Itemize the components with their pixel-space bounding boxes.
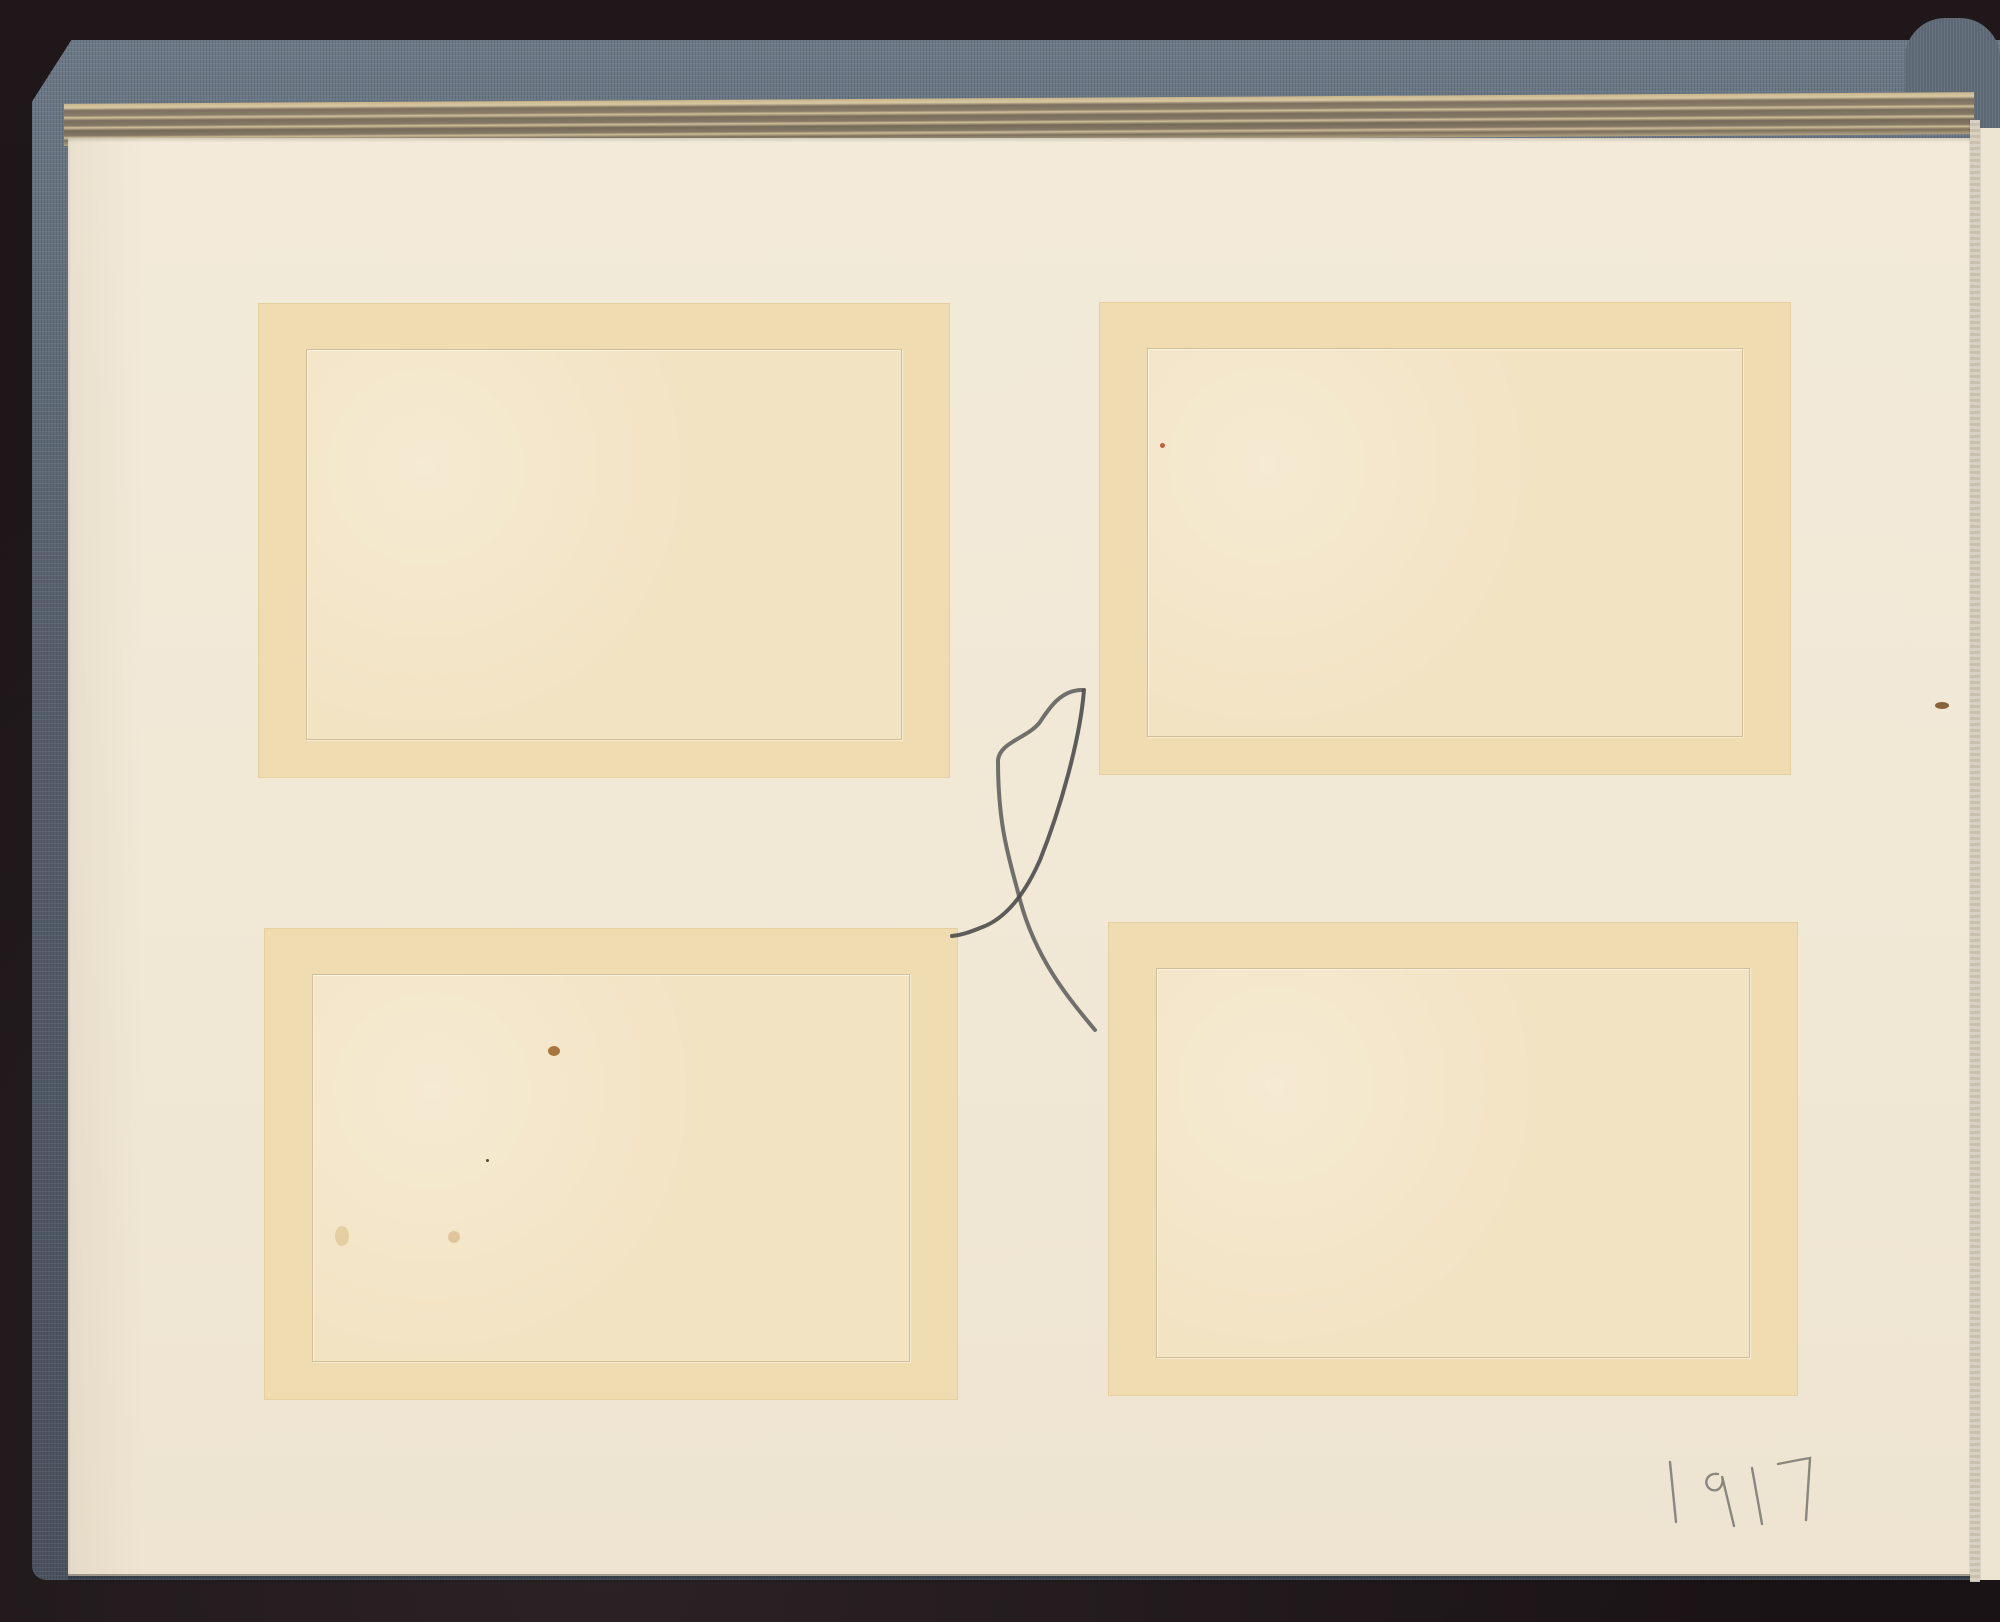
foxing-speck (1935, 702, 1949, 709)
photo-mount-top-right (1099, 302, 1791, 775)
empty-photo-window (306, 349, 902, 740)
foxing-speck (486, 1159, 489, 1162)
handwritten-year-1917 (1660, 1450, 1840, 1540)
empty-photo-window (312, 974, 910, 1362)
photo-mount-top-left (258, 303, 950, 778)
foxing-speck (548, 1046, 560, 1056)
page-bottom-shadow (68, 1574, 1974, 1584)
pencil-cross-mark (940, 660, 1100, 1020)
foxing-speck (335, 1226, 349, 1246)
empty-photo-window (1156, 968, 1750, 1358)
foxing-speck (1160, 443, 1165, 448)
foxing-speck (448, 1231, 460, 1243)
binding-gutter (1970, 120, 1980, 1582)
empty-photo-window (1147, 348, 1743, 737)
facing-page-edge (1980, 128, 2000, 1580)
photo-mount-bottom-left (264, 928, 958, 1400)
photo-mount-bottom-right (1108, 922, 1798, 1396)
